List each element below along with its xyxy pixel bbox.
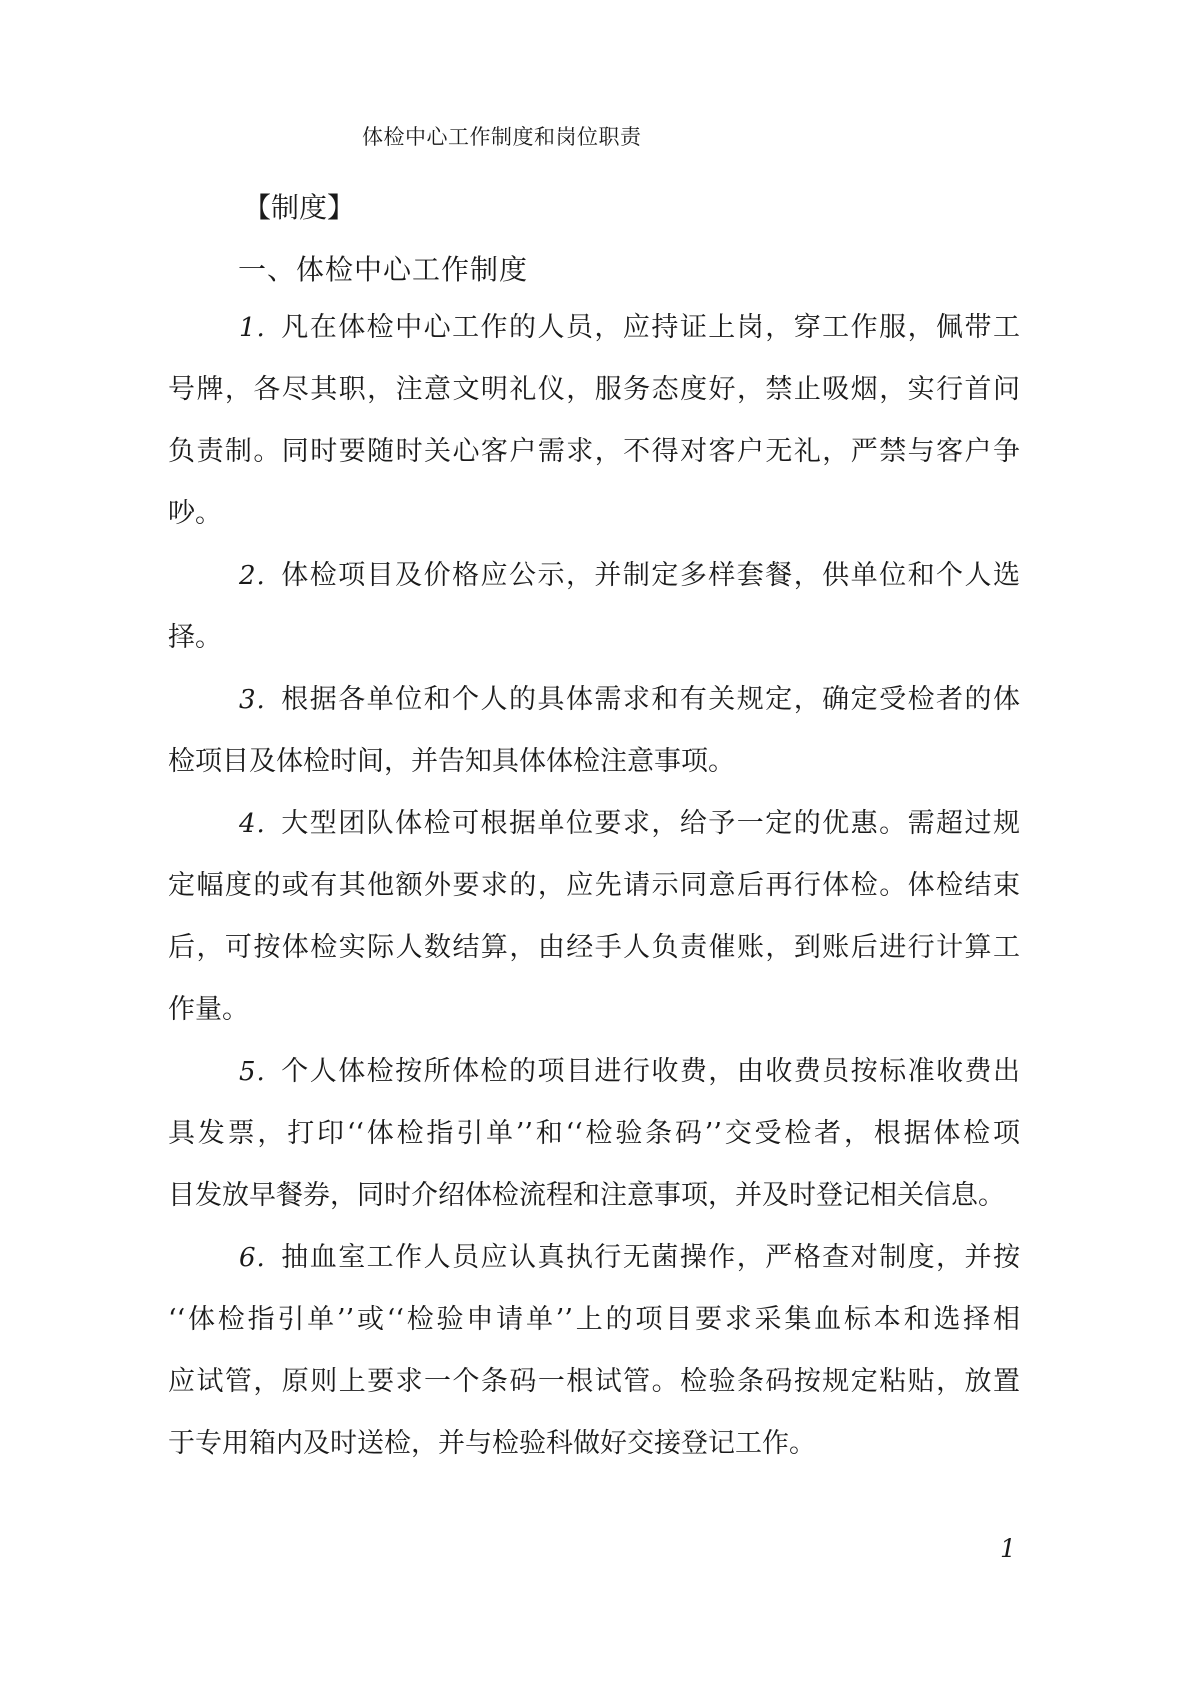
text-line: ‘‘体检指引单’’或‘‘检验申请单’’上的项目要求采集血标本和选择相: [168, 1289, 1020, 1351]
page-number: 1: [1000, 1534, 1016, 1563]
item-number: 3.: [239, 685, 266, 715]
item-number: 6.: [239, 1243, 266, 1273]
text-line: 3.根据各单位和个人的具体需求和有关规定，确定受检者的体: [168, 669, 1020, 731]
item-number: 4.: [239, 809, 266, 839]
text-line: 后，可按体检实际人数结算，由经手人负责催账，到账后进行计算工: [168, 917, 1020, 979]
paragraph: 2.体检项目及价格应公示，并制定多样套餐，供单位和个人选择。: [168, 545, 1020, 669]
document-body: 1.凡在体检中心工作的人员，应持证上岗，穿工作服，佩带工号牌，各尽其职，注意文明…: [168, 297, 1020, 1475]
text-line: 择。: [168, 607, 1020, 669]
paragraph: 3.根据各单位和个人的具体需求和有关规定，确定受检者的体检项目及体检时间，并告知…: [168, 669, 1020, 793]
text-line: 检项目及体检时间，并告知具体体检注意事项。: [168, 731, 1020, 793]
paragraph: 4.大型团队体检可根据单位要求，给予一定的优惠。需超过规定幅度的或有其他额外要求…: [168, 793, 1020, 1041]
item-number: 5.: [239, 1057, 266, 1087]
text-line: 6.抽血室工作人员应认真执行无菌操作，严格查对制度，并按: [168, 1227, 1020, 1289]
text-line: 5.个人体检按所体检的项目进行收费，由收费员按标准收费出: [168, 1041, 1020, 1103]
text-line: 定幅度的或有其他额外要求的，应先请示同意后再行体检。体检结束: [168, 855, 1020, 917]
paragraph: 1.凡在体检中心工作的人员，应持证上岗，穿工作服，佩带工号牌，各尽其职，注意文明…: [168, 297, 1020, 545]
paragraph: 6.抽血室工作人员应认真执行无菌操作，严格查对制度，并按‘‘体检指引单’’或‘‘…: [168, 1227, 1020, 1475]
text-line: 应试管，原则上要求一个条码一根试管。检验条码按规定粘贴，放置: [168, 1351, 1020, 1413]
item-number: 1.: [239, 313, 266, 343]
text-line: 负责制。同时要随时关心客户需求，不得对客户无礼，严禁与客户争: [168, 421, 1020, 483]
section-label: 【制度】: [243, 190, 355, 226]
paragraph: 5.个人体检按所体检的项目进行收费，由收费员按标准收费出具发票，打印‘‘体检指引…: [168, 1041, 1020, 1227]
text-line: 1.凡在体检中心工作的人员，应持证上岗，穿工作服，佩带工: [168, 297, 1020, 359]
text-line: 号牌，各尽其职，注意文明礼仪，服务态度好，禁止吸烟，实行首问: [168, 359, 1020, 421]
document-page: 体检中心工作制度和岗位职责 【制度】 一、体检中心工作制度 1.凡在体检中心工作…: [0, 0, 1189, 1682]
section-heading: 一、体检中心工作制度: [238, 252, 528, 288]
text-line: 吵。: [168, 483, 1020, 545]
text-line: 于专用箱内及时送检，并与检验科做好交接登记工作。: [168, 1413, 1020, 1475]
text-line: 作量。: [168, 979, 1020, 1041]
text-line: 2.体检项目及价格应公示，并制定多样套餐，供单位和个人选: [168, 545, 1020, 607]
text-line: 具发票，打印‘‘体检指引单’’和‘‘检验条码’’交受检者，根据体检项: [168, 1103, 1020, 1165]
text-line: 4.大型团队体检可根据单位要求，给予一定的优惠。需超过规: [168, 793, 1020, 855]
document-title: 体检中心工作制度和岗位职责: [362, 122, 642, 152]
item-number: 2.: [239, 561, 266, 591]
text-line: 目发放早餐券，同时介绍体检流程和注意事项，并及时登记相关信息。: [168, 1165, 1020, 1227]
